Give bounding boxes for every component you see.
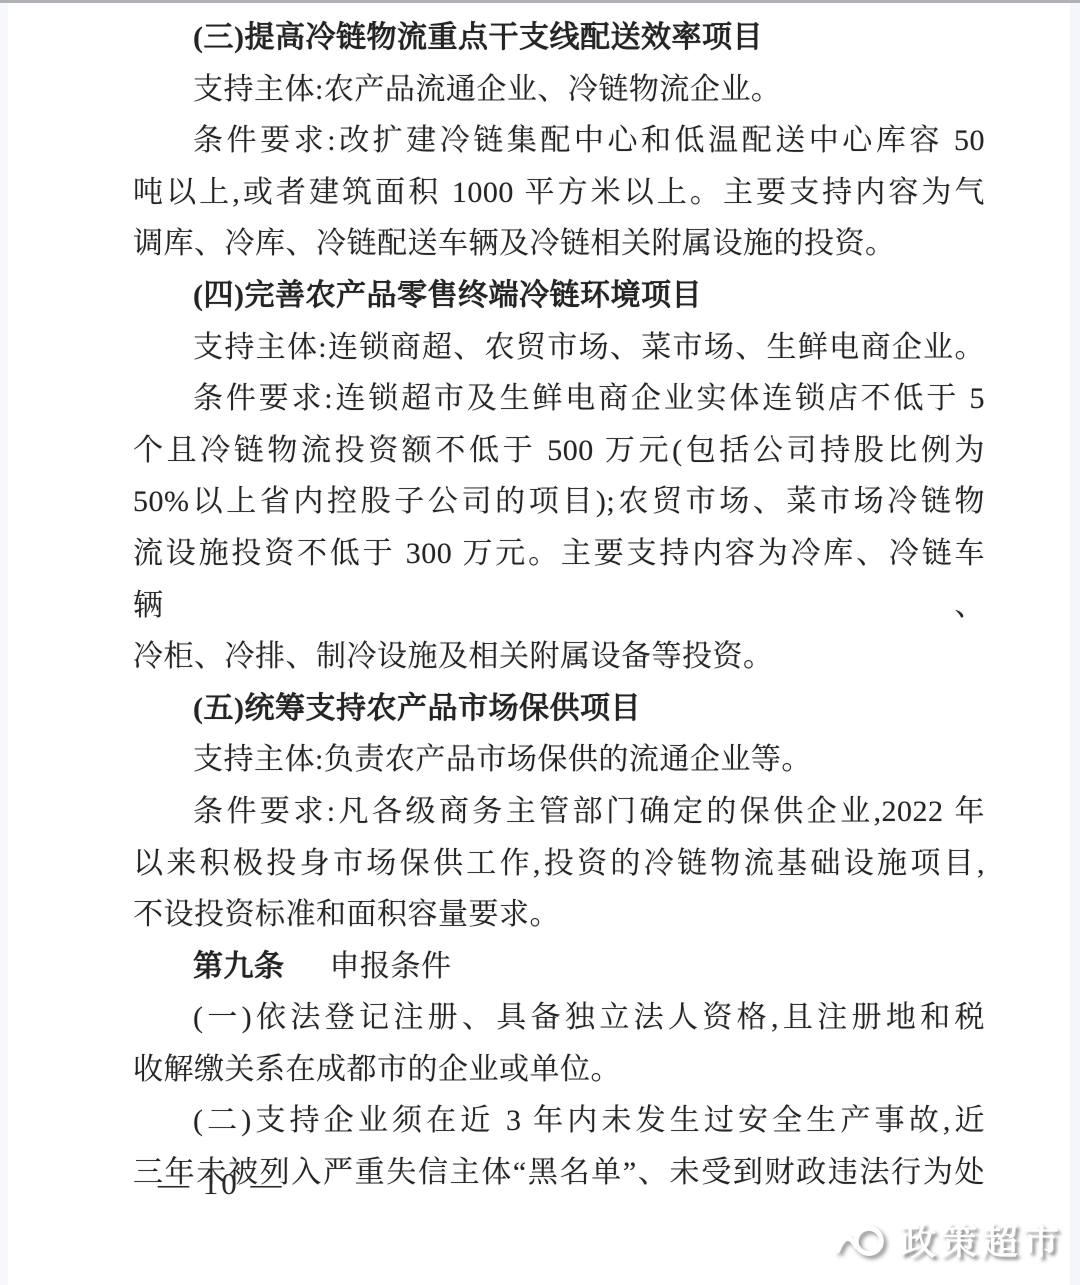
text-run: 申报条件 (330, 950, 452, 983)
text-run: (四)完善农产品零售终端冷链环境项目 (193, 279, 702, 312)
text-line: 不设投资标准和面积容量要求。 (133, 889, 985, 941)
scan-edge-left (0, 3, 8, 1285)
text-line: 支持主体:农产品流通企业、冷链物流企业。 (133, 64, 985, 116)
text-line: 个且冷链物流投资额不低于 500 万元(包括公司持股比例为 (133, 425, 985, 477)
text-run: 调库、冷库、冷链配送车辆及冷链相关附属设施的投资。 (133, 227, 896, 260)
text-run: 以来积极投身市场保供工作,投资的冷链物流基础设施项目, (133, 847, 985, 880)
text-line: 冷柜、冷排、制冷设施及相关附属设备等投资。 (133, 631, 985, 683)
text-run: (一)依法登记注册、具备独立法人资格,且注册地和税 (193, 1001, 985, 1034)
text-line: 支持主体:负责农产品市场保供的流通企业等。 (133, 734, 985, 786)
text-line: 收解缴关系在成都市的企业或单位。 (133, 1044, 985, 1096)
text-run: 条件要求:改扩建冷链集配中心和低温配送中心库容 50 (193, 124, 985, 157)
text-line: 50%以上省内控股子公司的项目);农贸市场、菜市场冷链物 (133, 476, 985, 528)
text-run: (三)提高冷链物流重点干支线配送效率项目 (193, 21, 763, 54)
text-line: 条件要求:改扩建冷链集配中心和低温配送中心库容 50 (133, 115, 985, 167)
text-run: 条件要求:连锁超市及生鲜电商企业实体连锁店不低于 5 (193, 382, 985, 415)
text-line: 支持主体:连锁商超、农贸市场、菜市场、生鲜电商企业。 (133, 322, 985, 374)
text-line: (三)提高冷链物流重点干支线配送效率项目 (133, 12, 985, 64)
text-line: (四)完善农产品零售终端冷链环境项目 (133, 270, 985, 322)
text-run: (二)支持企业须在近 3 年内未发生过安全生产事故,近 (193, 1104, 985, 1137)
watermark: 政策超市 (834, 1214, 1064, 1265)
text-run: 50%以上省内控股子公司的项目);农贸市场、菜市场冷链物 (133, 485, 985, 518)
text-line: 第九条申报条件 (133, 941, 985, 993)
text-line: (五)统筹支持农产品市场保供项目 (133, 683, 985, 735)
text-run: 个且冷链物流投资额不低于 500 万元(包括公司持股比例为 (133, 434, 985, 467)
text-run: 吨以上,或者建筑面积 1000 平方米以上。主要支持内容为气 (133, 176, 985, 209)
scan-edge-right (1070, 3, 1080, 1285)
document-text-block: (三)提高冷链物流重点干支线配送效率项目支持主体:农产品流通企业、冷链物流企业。… (133, 12, 985, 1199)
text-line: 流设施投资不低于 300 万元。主要支持内容为冷库、冷链车辆、 (133, 528, 985, 631)
text-line: (一)依法登记注册、具备独立法人资格,且注册地和税 (133, 992, 985, 1044)
text-line: 以来积极投身市场保供工作,投资的冷链物流基础设施项目, (133, 838, 985, 890)
text-line: 条件要求:凡各级商务主管部门确定的保供企业,2022 年 (133, 786, 985, 838)
text-run: 收解缴关系在成都市的企业或单位。 (133, 1053, 621, 1086)
scan-edge-top (0, 0, 1080, 3)
text-line: 调库、冷库、冷链配送车辆及冷链相关附属设施的投资。 (133, 218, 985, 270)
watermark-text: 政策超市 (900, 1214, 1064, 1265)
text-line: 条件要求:连锁超市及生鲜电商企业实体连锁店不低于 5 (133, 373, 985, 425)
page-number: — 10 — (158, 1164, 285, 1204)
text-run: (五)统筹支持农产品市场保供项目 (193, 692, 641, 725)
article-number-label: 第九条 (193, 950, 285, 983)
watermark-magnifier-icon (834, 1218, 892, 1262)
text-run: 条件要求:凡各级商务主管部门确定的保供企业,2022 年 (193, 795, 985, 828)
text-run: 流设施投资不低于 300 万元。主要支持内容为冷库、冷链车辆、 (133, 537, 985, 622)
text-line: (二)支持企业须在近 3 年内未发生过安全生产事故,近 (133, 1095, 985, 1147)
text-run: 不设投资标准和面积容量要求。 (133, 898, 560, 931)
scanned-document-page: (三)提高冷链物流重点干支线配送效率项目支持主体:农产品流通企业、冷链物流企业。… (0, 0, 1080, 1285)
text-run: 支持主体:负责农产品市场保供的流通企业等。 (193, 743, 812, 776)
text-run: 支持主体:农产品流通企业、冷链物流企业。 (193, 73, 781, 106)
text-line: 吨以上,或者建筑面积 1000 平方米以上。主要支持内容为气 (133, 167, 985, 219)
text-run: 冷柜、冷排、制冷设施及相关附属设备等投资。 (133, 640, 774, 673)
text-run: 支持主体:连锁商超、农贸市场、菜市场、生鲜电商企业。 (193, 331, 985, 364)
